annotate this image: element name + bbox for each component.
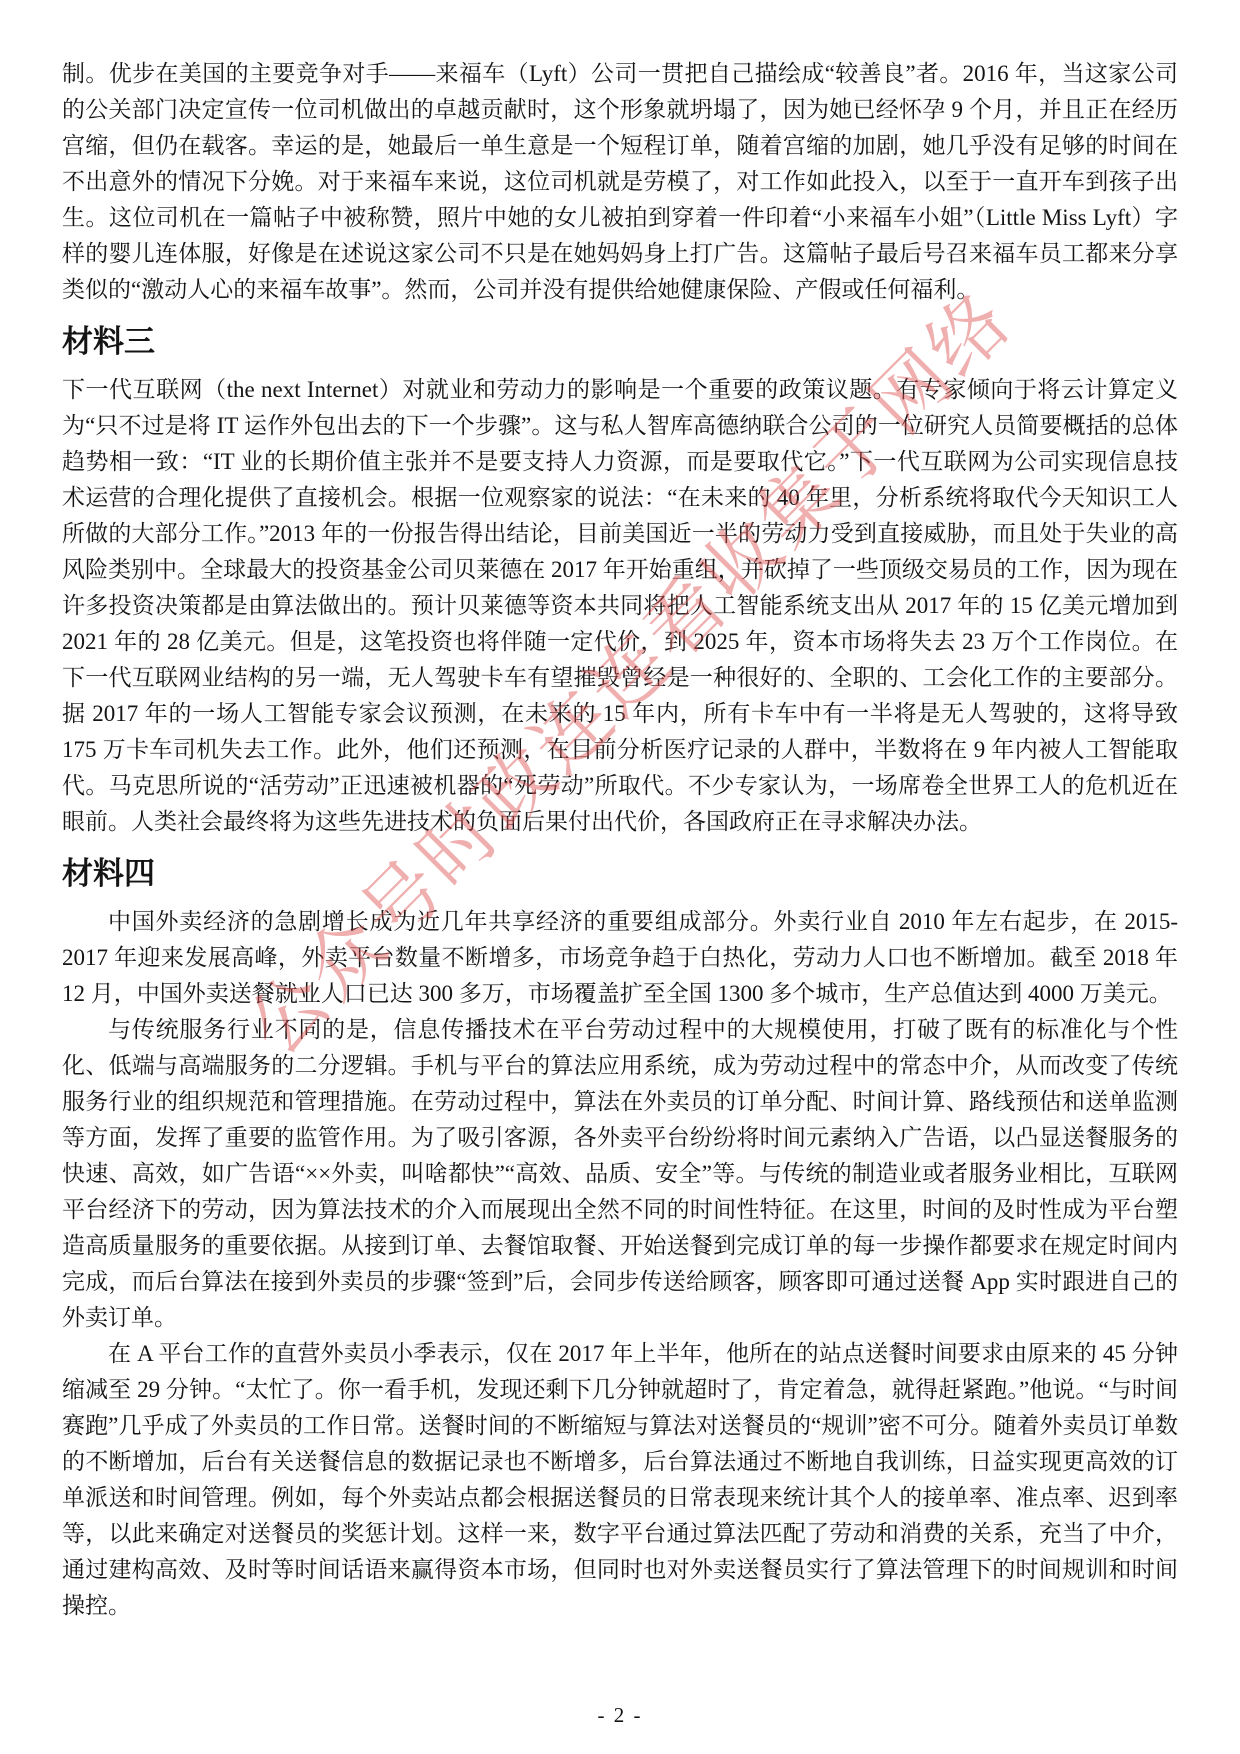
material-4-paragraph-3: 在 A 平台工作的直营外卖员小季表示，仅在 2017 年上半年，他所在的站点送餐… bbox=[62, 1336, 1178, 1624]
document-body: 制。优步在美国的主要竞争对手——来福车（Lyft）公司一贯把自己描绘成“较善良”… bbox=[62, 56, 1178, 1624]
material-4-paragraph-2: 与传统服务行业不同的是，信息传播技术在平台劳动过程中的大规模使用，打破了既有的标… bbox=[62, 1012, 1178, 1336]
material-3-paragraph: 下一代互联网（the next Internet）对就业和劳动力的影响是一个重要… bbox=[62, 372, 1178, 840]
document-page: 公众号时政连连看收集于网络 制。优步在美国的主要竞争对手——来福车（Lyft）公… bbox=[0, 0, 1240, 1754]
page-number: - 2 - bbox=[0, 1703, 1240, 1728]
continuation-paragraph: 制。优步在美国的主要竞争对手——来福车（Lyft）公司一贯把自己描绘成“较善良”… bbox=[62, 56, 1178, 308]
material-4-paragraph-1: 中国外卖经济的急剧增长成为近几年共享经济的重要组成部分。外卖行业自 2010 年… bbox=[62, 904, 1178, 1012]
material-4-heading: 材料四 bbox=[62, 852, 1178, 896]
material-3-heading: 材料三 bbox=[62, 320, 1178, 364]
